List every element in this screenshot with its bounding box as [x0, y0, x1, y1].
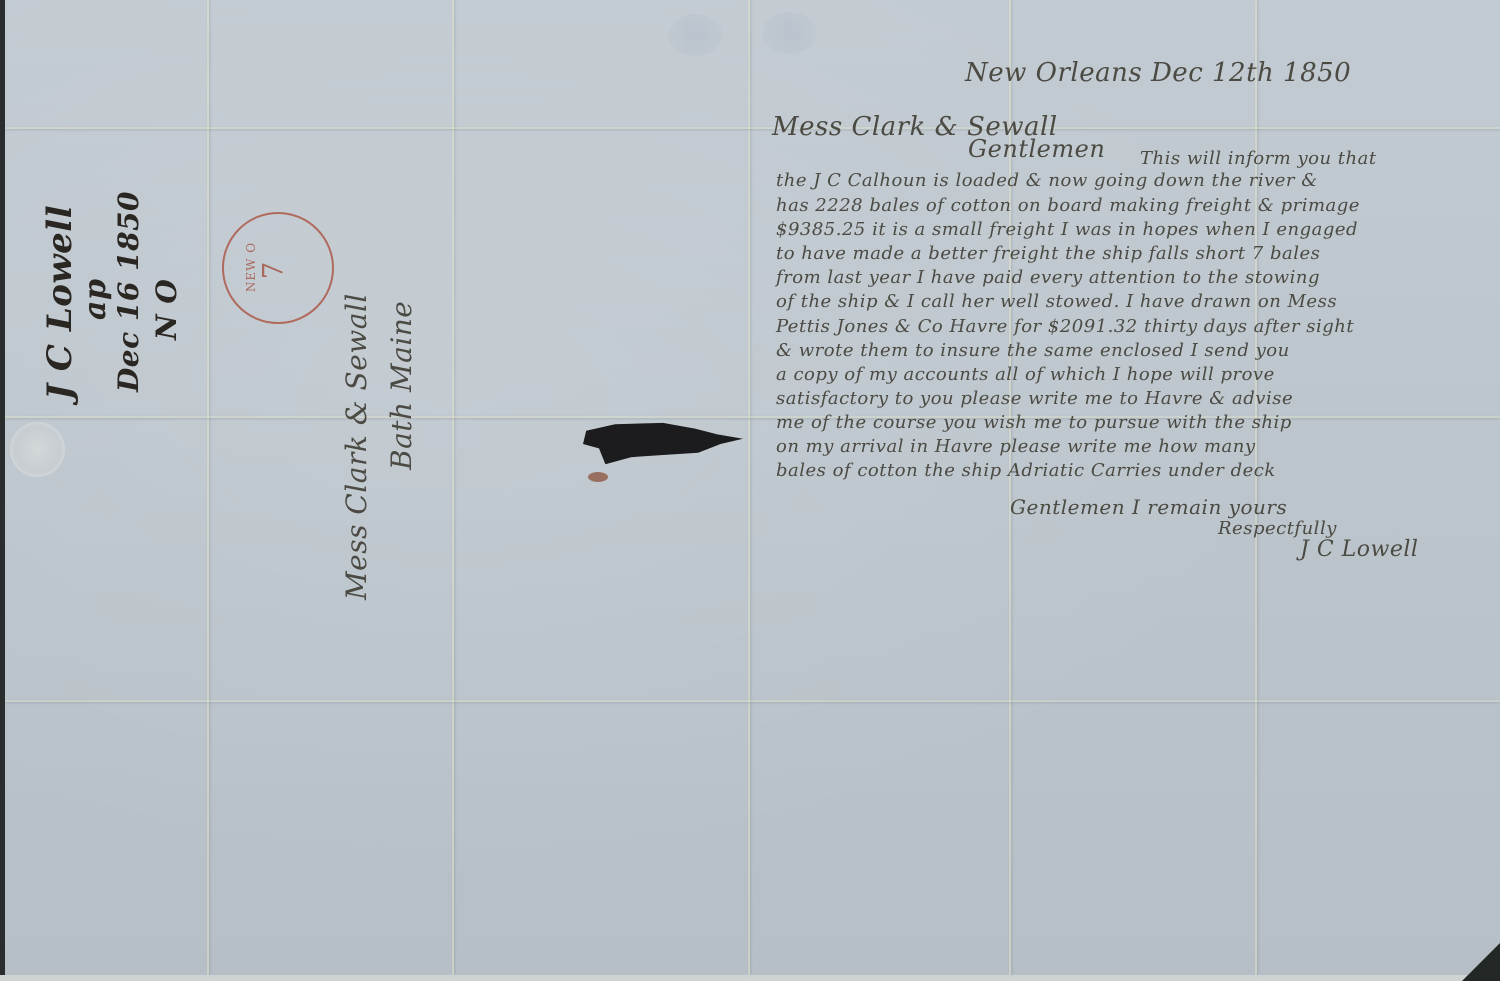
scan-bottom-edge	[0, 975, 1500, 981]
fold-line-horizontal	[5, 700, 1500, 702]
letter-body-line: & wrote them to insure the same enclosed…	[776, 340, 1290, 361]
letter-body-line: Pettis Jones & Co Havre for $2091.32 thi…	[776, 316, 1354, 337]
address-city: Bath Maine	[385, 301, 418, 470]
postmark-day: 7	[256, 262, 289, 280]
letter-closing: Gentlemen I remain yours	[1010, 495, 1287, 519]
embossed-stamp-mark	[668, 14, 723, 56]
letter-body-line: from last year I have paid every attenti…	[776, 267, 1320, 288]
letter-body-line: bales of cotton the ship Adriatic Carrie…	[776, 460, 1276, 481]
letter-body-line: of the ship & I call her well stowed. I …	[776, 291, 1337, 312]
letter-signature: J C Lowell	[1300, 537, 1418, 562]
letter-body-line: me of the course you wish me to pursue w…	[776, 412, 1292, 433]
docket-date: Dec 16 1850	[112, 191, 145, 392]
fold-line-vertical	[748, 0, 750, 975]
docket-place: N O	[150, 279, 183, 340]
letter-body-line: on my arrival in Havre please write me h…	[776, 436, 1256, 457]
letter-body-line: This will inform you that	[1140, 148, 1377, 169]
letter-salutation: Gentlemen	[968, 135, 1105, 163]
postmark-stamp: NEW O 7	[222, 212, 334, 324]
fold-line-vertical	[207, 0, 209, 975]
address-recipient: Mess Clark & Sewall	[340, 293, 373, 600]
letter-closing-respectfully: Respectfully	[1218, 518, 1337, 539]
letter-body-line: to have made a better freight the ship f…	[776, 243, 1320, 264]
letter-body-line: $9385.25 it is a small freight I was in …	[776, 219, 1358, 240]
letter-body-line: the J C Calhoun is loaded & now going do…	[776, 170, 1318, 191]
torn-corner	[1462, 943, 1500, 981]
wax-seal-remnant	[10, 422, 65, 477]
letter-body-line: has 2228 bales of cotton on board making…	[776, 195, 1360, 216]
docket-sender: J C Lowell	[40, 205, 80, 400]
fold-line-vertical	[452, 0, 454, 975]
letter-dateline: New Orleans Dec 12th 1850	[965, 58, 1351, 88]
embossed-stamp-mark	[762, 12, 817, 54]
docket-ap: ap	[78, 279, 113, 320]
fold-line-vertical	[1255, 0, 1257, 975]
stain-spot	[588, 472, 608, 482]
letter-sheet	[5, 0, 1500, 975]
letter-body-line: satisfactory to you please write me to H…	[776, 388, 1293, 409]
letter-body-line: a copy of my accounts all of which I hop…	[776, 364, 1275, 385]
fold-line-horizontal	[5, 127, 1500, 129]
